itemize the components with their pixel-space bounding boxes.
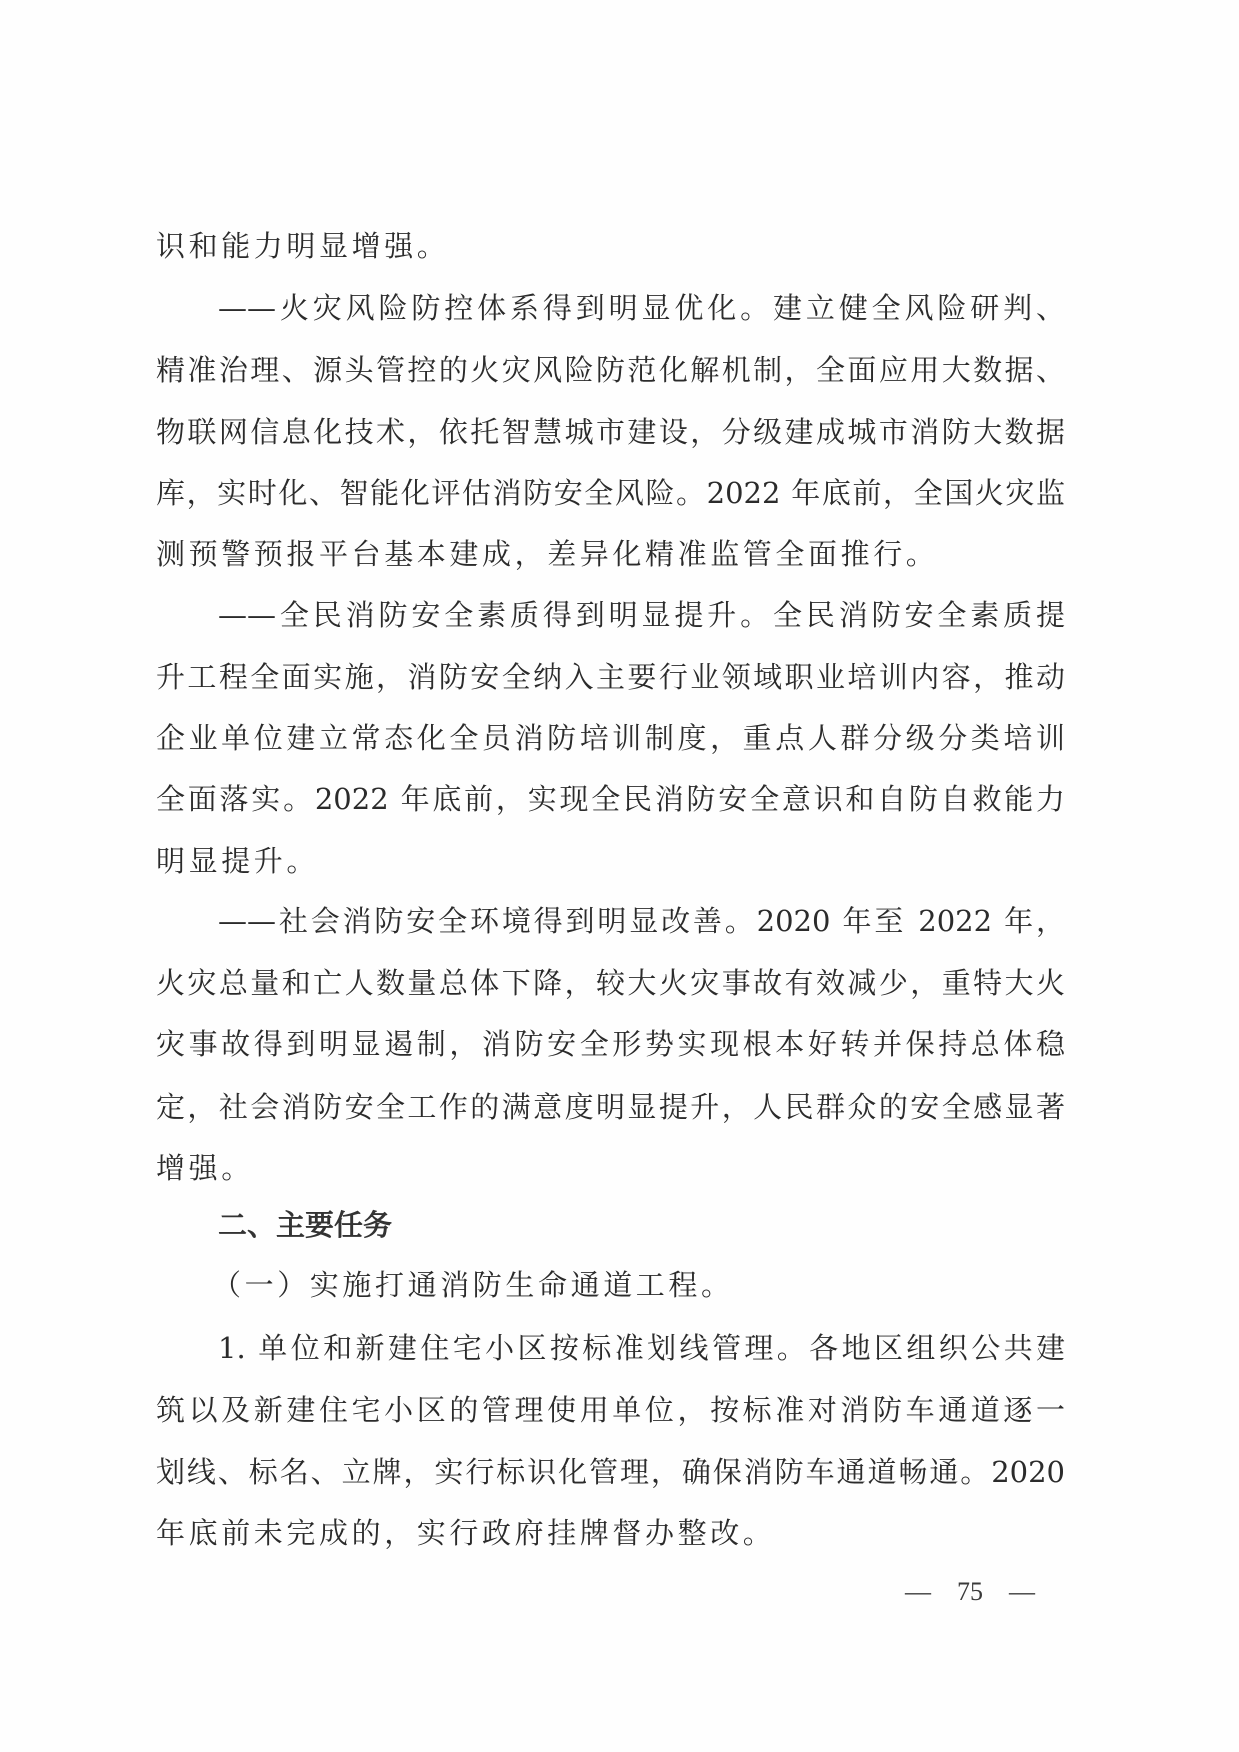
paragraph-heading-line: ——社会消防安全环境得到明显改善。2020 年至 2022 年， (218, 901, 1065, 941)
paragraph-heading-line: ——火灾风险防控体系得到明显优化。建立健全风险研判、 (218, 288, 1065, 328)
item-line: 1. 单位和新建住宅小区按标准划线管理。各地区组织公共建 (218, 1328, 1065, 1368)
paragraph-line: 全面落实。2022 年底前，实现全民消防安全意识和自防自救能力 (156, 779, 1065, 819)
document-page: 识和能力明显增强。 ——火灾风险防控体系得到明显优化。建立健全风险研判、 精准治… (0, 0, 1239, 1752)
paragraph-line: 升工程全面实施，消防安全纳入主要行业领域职业培训内容，推动 (156, 657, 1065, 697)
item-line: 筑以及新建住宅小区的管理使用单位，按标准对消防车通道逐一 (156, 1390, 1065, 1430)
page-number-dash-left: — (905, 1577, 931, 1606)
page-number-value: 75 (957, 1577, 983, 1606)
page-number-dash-right: — (1009, 1577, 1035, 1606)
paragraph-line: 识和能力明显增强。 (156, 226, 449, 266)
paragraph-line: 精准治理、源头管控的火灾风险防范化解机制，全面应用大数据、 (156, 350, 1065, 390)
paragraph-line: 明显提升。 (156, 841, 319, 881)
paragraph-heading-line: ——全民消防安全素质得到明显提升。全民消防安全素质提 (218, 595, 1065, 635)
subsection-heading: （一）实施打通消防生命通道工程。 (212, 1265, 734, 1305)
section-heading: 二、主要任务 (218, 1205, 392, 1245)
paragraph-line: 企业单位建立常态化全员消防培训制度，重点人群分级分类培训 (156, 718, 1065, 758)
item-line: 年底前未完成的，实行政府挂牌督办整改。 (156, 1513, 775, 1553)
paragraph-line: 物联网信息化技术，依托智慧城市建设，分级建成城市消防大数据 (156, 412, 1065, 452)
paragraph-line: 增强。 (156, 1148, 254, 1188)
item-line: 划线、标名、立牌，实行标识化管理，确保消防车通道畅通。2020 (156, 1452, 1065, 1492)
paragraph-line: 测预警预报平台基本建成，差异化精准监管全面推行。 (156, 534, 938, 574)
paragraph-line: 定，社会消防安全工作的满意度明显提升，人民群众的安全感显著 (156, 1087, 1065, 1127)
paragraph-line: 灾事故得到明显遏制，消防安全形势实现根本好转并保持总体稳 (156, 1024, 1065, 1064)
paragraph-line: 库，实时化、智能化评估消防安全风险。2022 年底前，全国火灾监 (156, 473, 1065, 513)
page-number: — 75 — (905, 1574, 1035, 1610)
paragraph-line: 火灾总量和亡人数量总体下降，较大火灾事故有效减少，重特大火 (156, 963, 1065, 1003)
